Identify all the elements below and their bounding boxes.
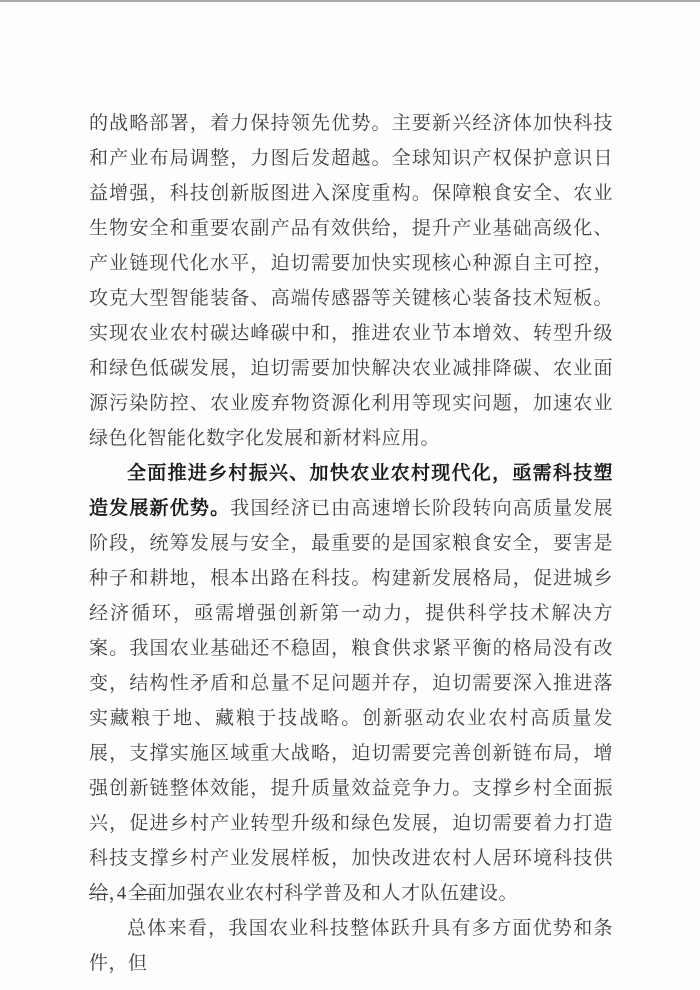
paragraph-section-body: 我国经济已由高速增长阶段转向高质量发展阶段，统筹发展与安全，最重要的是国家粮食安… [89,498,613,904]
page-text-block: 的战略部署，着力保持领先优势。主要新兴经济体加快科技和产业布局调整，力图后发超越… [89,106,613,981]
paragraph-summary-start: 总体来看，我国农业科技整体跃升具有多方面优势和条件，但 [89,911,613,981]
paragraph-continuation: 的战略部署，着力保持领先优势。主要新兴经济体加快科技和产业布局调整，力图后发超越… [89,106,613,456]
scan-edge-artifact [0,0,700,2]
page-number: — 4 — [89,882,156,906]
paragraph-section: 全面推进乡村振兴、加快农业农村现代化，亟需科技塑造发展新优势。我国经济已由高速增… [89,456,613,911]
document-page: 的战略部署，着力保持领先优势。主要新兴经济体加快科技和产业布局调整，力图后发超越… [0,0,700,990]
